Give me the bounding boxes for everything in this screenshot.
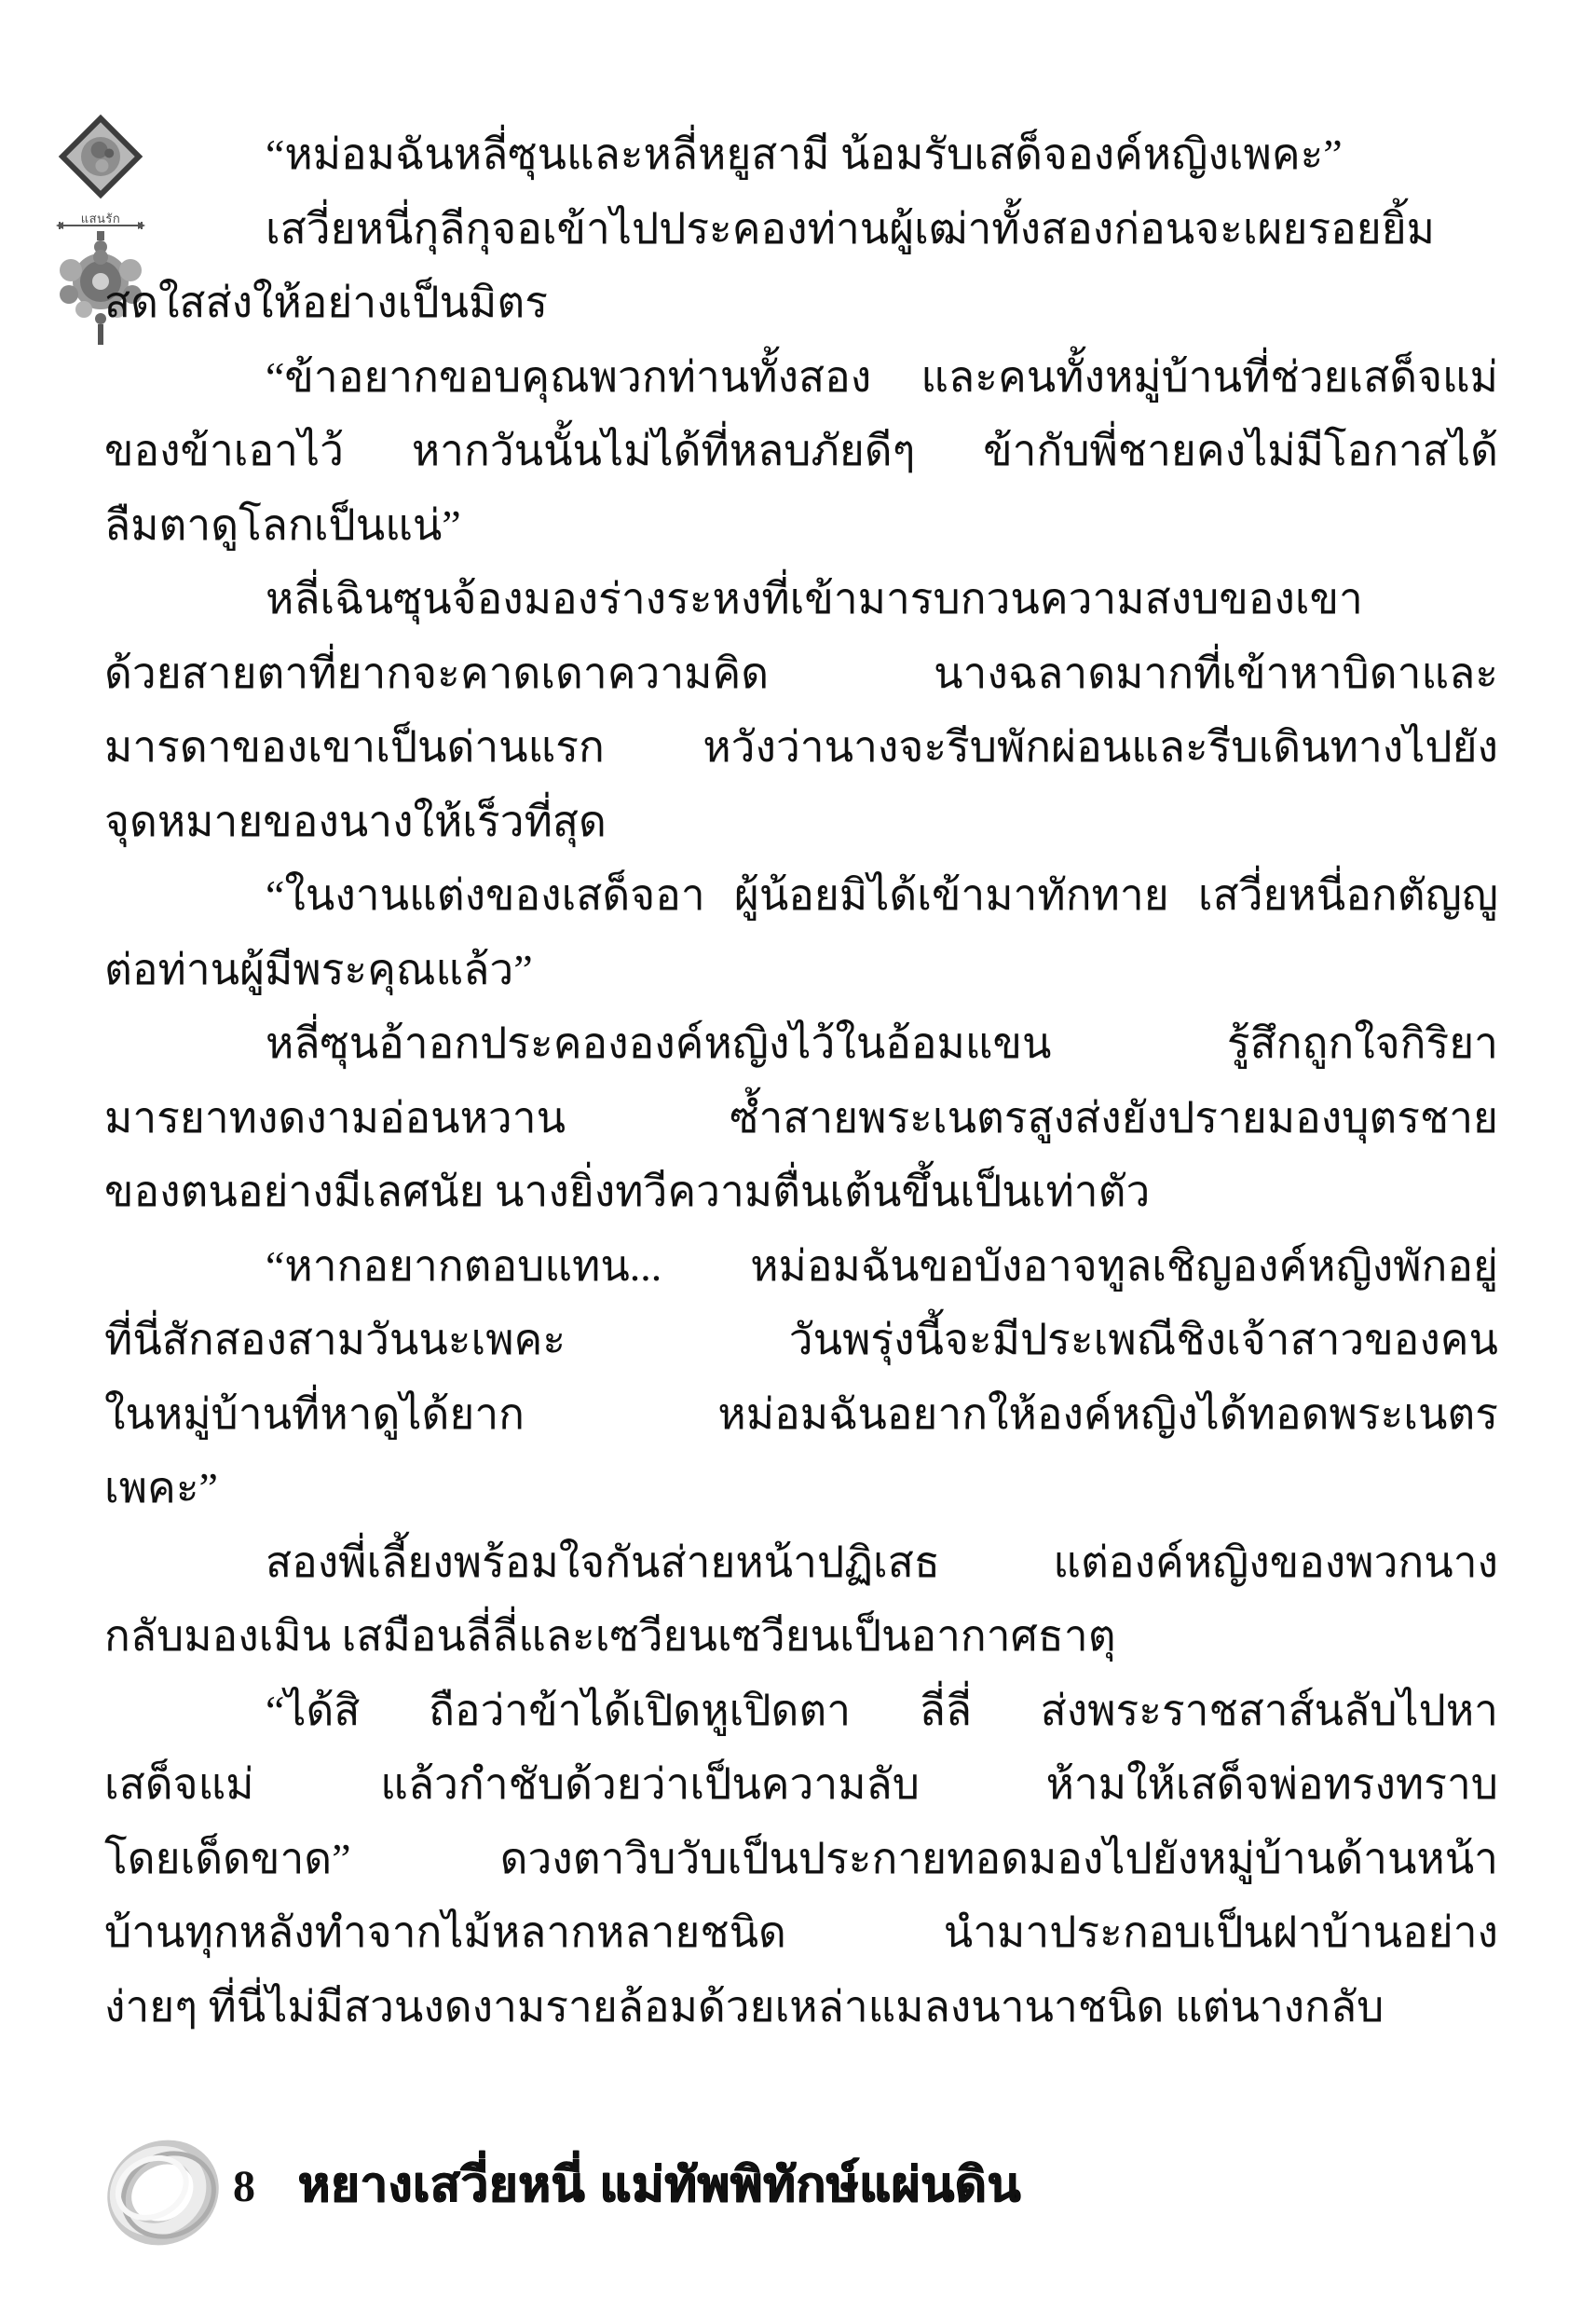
text-line: บ้านทุกหลังทำจากไม้หลากหลายชนิด นำมาประก… — [104, 1895, 1498, 1970]
text-line: “หม่อมฉันหลี่ซุนและหลี่หยูสามี น้อมรับเส… — [104, 117, 1498, 192]
text-line: จุดหมายของนางให้เร็วที่สุด — [104, 785, 1498, 859]
text-line: หลี่เฉินซุนจ้องมองร่างระหงที่เข้ามารบกวน… — [104, 562, 1498, 636]
text-line: “ข้าอยากขอบคุณพวกท่านทั้งสอง และคนทั้งหม… — [104, 340, 1498, 415]
body-text: “หม่อมฉันหลี่ซุนและหลี่หยูสามี น้อมรับเส… — [104, 117, 1498, 2044]
text-line: โดยเด็ดขาด” ดวงตาวิบวับเป็นประกายทอดมองไ… — [104, 1822, 1498, 1896]
text-line: กลับมองเมิน เสมือนลี่ลี่และเซวียนเซวียนเ… — [104, 1599, 1498, 1674]
text-line: “ได้สิ ถือว่าข้าได้เปิดหูเปิดตา ลี่ลี่ ส… — [104, 1674, 1498, 1748]
page-number: 8 — [233, 2161, 255, 2212]
text-line: ลืมตาดูโลกเป็นแน่” — [104, 488, 1498, 563]
text-line: สดใสส่งให้อย่างเป็นมิตร — [104, 266, 1498, 340]
text-line: หลี่ซุนอ้าอกประคององค์หญิงไว้ในอ้อมแขน ร… — [104, 1006, 1498, 1081]
text-line: เพคะ” — [104, 1451, 1498, 1525]
text-line: ที่นี่สักสองสามวันนะเพคะ วันพรุ่งนี้จะมี… — [104, 1303, 1498, 1377]
page-footer: 8 หยางเสวี่ยหนี่ แม่ทัพพิทักษ์แผ่นดิน — [93, 2128, 1491, 2259]
text-line: ของตนอย่างมีเลศนัย นางยิ่งทวีความตื่นเต้… — [104, 1155, 1498, 1229]
book-page: แสนรัก “หม่อมฉันหลี่ซุนและหลี่หยูสามี น้… — [0, 0, 1596, 2311]
book-title: หยางเสวี่ยหนี่ แม่ทัพพิทักษ์แผ่นดิน — [298, 2145, 1021, 2222]
text-line: เสวี่ยหนี่กุลีกุจอเข้าไปประคองท่านผู้เฒ่… — [104, 192, 1498, 267]
text-line: ในหมู่บ้านที่หาดูได้ยาก หม่อมฉันอยากให้อ… — [104, 1377, 1498, 1452]
text-line: มารดาของเขาเป็นด่านแรก หวังว่านางจะรีบพั… — [104, 710, 1498, 785]
text-line: ง่ายๆ ที่นี่ไม่มีสวนงดงามรายล้อมด้วยเหล่… — [104, 1970, 1498, 2044]
text-line: “หากอยากตอบแทน... หม่อมฉันขอบังอาจทูลเชิ… — [104, 1229, 1498, 1304]
text-line: ของข้าเอาไว้ หากวันนั้นไม่ได้ที่หลบภัยดี… — [104, 414, 1498, 488]
text-line: ด้วยสายตาที่ยากจะคาดเดาความคิด นางฉลาดมา… — [104, 636, 1498, 711]
text-line: ต่อท่านผู้มีพระคุณแล้ว” — [104, 933, 1498, 1007]
jade-ring-image — [98, 2132, 228, 2253]
text-line: เสด็จแม่ แล้วกำชับด้วยว่าเป็นความลับ ห้า… — [104, 1747, 1498, 1822]
text-line: มารยาทงดงามอ่อนหวาน ซ้ำสายพระเนตรสูงส่งย… — [104, 1081, 1498, 1155]
text-line: สองพี่เลี้ยงพร้อมใจกันส่ายหน้าปฏิเสธ แต่… — [104, 1525, 1498, 1600]
text-line: “ในงานแต่งของเสด็จอา ผู้น้อยมิได้เข้ามาท… — [104, 858, 1498, 933]
